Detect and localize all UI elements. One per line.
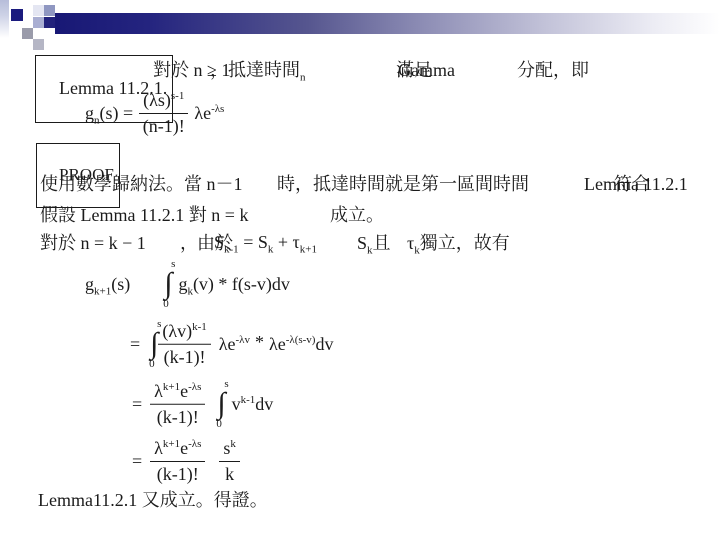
step2-tail: λe-λv*λe-λ(s-v)dv [219, 334, 334, 355]
step2-eq: = [130, 334, 140, 355]
conv-integrand: gk(v) * f(s-v)dv [178, 274, 289, 295]
conv-lhs-sub: k+1 [94, 285, 111, 297]
intro-seg-arrival: ，抵達時間n [210, 58, 306, 82]
step4-num-exp2: -λs [188, 438, 201, 450]
step2-t2-exp: -λ(s-v) [286, 334, 316, 346]
density-tail-base: λe [194, 103, 211, 123]
step4-frac2-den: k [225, 462, 234, 486]
conv-integrand-rest: (v) * f(s-v)dv [193, 274, 290, 294]
conv-integral: s ∫ 0 [164, 259, 172, 310]
step-mid: = S [239, 232, 268, 252]
step2-formula: = s ∫ 0 (λv)k-1 (k-1)! λe-λv*λe-λ(s-v)dv [130, 319, 333, 370]
step2-frac-num: (λv)k-1 [158, 320, 210, 345]
decor-gradient-bar [55, 13, 720, 34]
decor-square-navy2 [44, 17, 55, 28]
step4-num-exp1: k+1 [163, 438, 180, 450]
step4-frac2-exp: k [230, 438, 236, 450]
step2-integral: s ∫ 0 [150, 319, 158, 370]
induction-seg1: 使用數學歸納法。當 n－1 [40, 172, 243, 196]
decor-square-bluegray [44, 5, 55, 16]
integral-sign: ∫ [217, 390, 225, 419]
decor-left-strip [0, 0, 9, 38]
step2-num-base: (λv) [162, 321, 192, 341]
density-frac-den: (n-1)! [143, 114, 185, 138]
decor-square-gray [22, 28, 33, 39]
step3-tail-base: v [232, 394, 241, 414]
conv-lhs-base: g [85, 274, 94, 294]
decor-square-navy [11, 9, 23, 21]
intro-arrival-sub: n [300, 72, 306, 84]
step-sk-tail: 且 [373, 233, 391, 253]
decor-square-lavender [33, 17, 44, 28]
intro-arrival-text: ，抵達時間 [210, 60, 300, 80]
step-seg1: 對於 n = k − 1 [40, 231, 146, 255]
slide-canvas: Lemma 11.2.1. 對於 n ≥ 1 ，抵達時間n Gamma 滿足 分… [0, 0, 720, 540]
step-tau-sub: k+1 [300, 244, 317, 256]
density-lhs: gn(s) = [85, 103, 133, 124]
assumption-seg2: 成立。 [330, 203, 384, 227]
step-overlap-youyu: 由於 [197, 231, 233, 255]
step-comma: ， [180, 231, 198, 255]
step3-frac-num: λk+1e-λs [150, 380, 205, 405]
step4-frac2-num: sk [219, 437, 240, 462]
density-tail: λe-λs [194, 103, 224, 124]
conv-int-lower: 0 [163, 298, 169, 309]
density-num-base: (λs) [143, 90, 171, 110]
step2-t1-exp: -λv [235, 334, 250, 346]
step2-num-exp: k-1 [192, 321, 207, 333]
step4-num-e: e [180, 438, 188, 458]
density-frac-num: (λs)s-1 [139, 89, 188, 114]
step3-fraction: λk+1e-λs (k-1)! [150, 380, 205, 428]
density-lhs-rest: (s) = [100, 103, 134, 123]
step-plus: + τ [273, 232, 299, 252]
induction-overlap-fuhe: 符合 [614, 172, 650, 196]
induction-seg2: 時，抵達時間就是第一區間時間 [277, 172, 529, 196]
step4-frac1-num: λk+1e-λs [150, 437, 205, 462]
step3-frac-den: (k-1)! [157, 405, 199, 429]
closing-line: Lemma11.2.1 又成立。得證。 [38, 488, 268, 512]
step2-dv: dv [315, 334, 333, 354]
conv-formula: gk+1(s) s ∫ 0 gk(v) * f(s-v)dv [85, 259, 290, 310]
step4-fraction2: sk k [219, 437, 240, 485]
step-tk: τk獨立，故有 [407, 231, 510, 255]
intro-seg-dist: 分配，即 [517, 58, 589, 82]
intro-overlap-manzu: 滿足 [396, 58, 432, 82]
step3-num-exp2: -λs [188, 381, 201, 393]
density-fraction: (λs)s-1 (n-1)! [139, 89, 188, 137]
integral-sign: ∫ [164, 270, 172, 299]
step3-num-e: e [180, 381, 188, 401]
decor-square-lightgray [33, 39, 44, 50]
step3-dv: dv [255, 394, 273, 414]
step2-star: * [255, 332, 264, 352]
step2-t2-base: λe [269, 334, 286, 354]
density-tail-exp: -λs [211, 103, 224, 115]
step3-int-lower: 0 [216, 418, 222, 429]
conv-lhs: gk+1(s) [85, 274, 130, 295]
step2-frac-den: (k-1)! [164, 345, 206, 369]
conv-lhs-rest: (s) [111, 274, 130, 294]
step3-tail: vk-1dv [232, 394, 274, 415]
step4-num-lambda: λ [154, 438, 163, 458]
step-sk-base: S [357, 233, 367, 253]
integral-sign: ∫ [150, 330, 158, 359]
density-num-exp: s-1 [171, 90, 184, 102]
step2-fraction: (λv)k-1 (k-1)! [158, 320, 210, 368]
step-tk-tail: 獨立，故有 [420, 233, 510, 253]
step2-int-lower: 0 [149, 358, 155, 369]
decor-square-light [33, 5, 44, 16]
step3-num-lambda: λ [154, 381, 163, 401]
step3-formula: = λk+1e-λs (k-1)! s ∫ 0 vk-1dv [132, 379, 273, 430]
density-formula: gn(s) = (λs)s-1 (n-1)! λe-λs [85, 89, 224, 137]
step4-fraction1: λk+1e-λs (k-1)! [150, 437, 205, 485]
step3-eq: = [132, 394, 142, 415]
step4-eq: = [132, 451, 142, 472]
step4-formula: = λk+1e-λs (k-1)! sk k [132, 437, 240, 485]
step3-num-exp1: k+1 [163, 381, 180, 393]
assumption-seg1: 假設 Lemma 11.2.1 對 n = k [40, 203, 248, 227]
step-sk: Sk且 [357, 231, 391, 255]
step2-t1-base: λe [219, 334, 236, 354]
step4-frac1-den: (k-1)! [157, 462, 199, 486]
step3-tail-exp: k-1 [241, 394, 256, 406]
step3-integral: s ∫ 0 [217, 379, 225, 430]
density-lhs-base: g [85, 103, 94, 123]
